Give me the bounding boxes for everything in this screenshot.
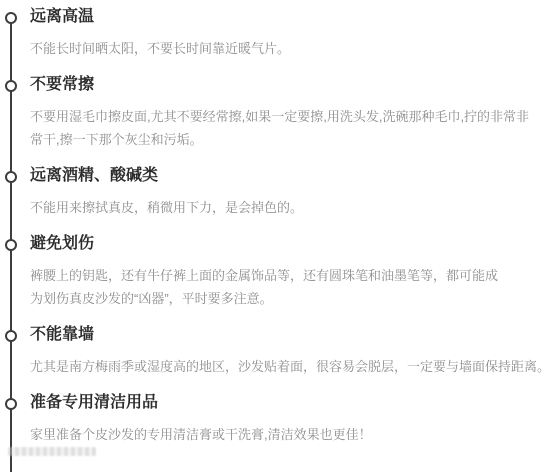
care-tip-section: 远离酒精、酸碱类 不能用来擦拭真皮，稍微用下力，是会掉色的。 [0,167,553,219]
care-tip-section: 不能靠墙 尤其是南方梅雨季或湿度高的地区，沙发贴着面，很容易会脱层，一定要与墙面… [0,326,553,378]
tip-body: 尤其是南方梅雨季或湿度高的地区，沙发贴着面，很容易会脱层，一定要与墙面保持距离。 [30,355,553,378]
tip-body: 家里准备个皮沙发的专用清洁膏或干洗膏,清洁效果也更佳！ [30,423,553,446]
tip-title: 不要常擦 [30,76,553,94]
care-tip-section: 不要常擦 不要用湿毛巾擦皮面,尤其不要经常擦,如果一定要擦,用洗头发,洗碗那种毛… [0,76,553,151]
timeline-bullet-icon [5,171,17,183]
timeline-bullet-icon [5,80,17,92]
tip-body: 裤腰上的钥匙，还有牛仔裤上面的金属饰品等，还有圆珠笔和油墨笔等，都可能成 为划伤… [30,264,553,310]
tip-title: 远离高温 [30,8,553,26]
tip-body: 不能用来擦拭真皮，稍微用下力，是会掉色的。 [30,196,553,219]
timeline-bullet-icon [5,398,17,410]
tip-title: 不能靠墙 [30,326,553,344]
watermark [8,447,96,456]
tip-title: 准备专用清洁用品 [30,394,553,412]
care-tip-section: 避免划伤 裤腰上的钥匙，还有牛仔裤上面的金属饰品等，还有圆珠笔和油墨笔等，都可能… [0,235,553,310]
timeline-bullet-icon [5,330,17,342]
timeline-bullet-icon [5,239,17,251]
care-tips-list: 远离高温 不能长时间晒太阳，不要长时间靠近暖气片。 不要常擦 不要用湿毛巾擦皮面… [0,8,553,462]
care-tip-section: 准备专用清洁用品 家里准备个皮沙发的专用清洁膏或干洗膏,清洁效果也更佳！ [0,394,553,446]
tip-title: 远离酒精、酸碱类 [30,167,553,185]
tip-title: 避免划伤 [30,235,553,253]
timeline-bullet-icon [5,12,17,24]
tip-body: 不能长时间晒太阳，不要长时间靠近暖气片。 [30,37,553,60]
care-tip-section: 远离高温 不能长时间晒太阳，不要长时间靠近暖气片。 [0,8,553,60]
tip-body: 不要用湿毛巾擦皮面,尤其不要经常擦,如果一定要擦,用洗头发,洗碗那种毛巾,拧的非… [30,105,553,151]
